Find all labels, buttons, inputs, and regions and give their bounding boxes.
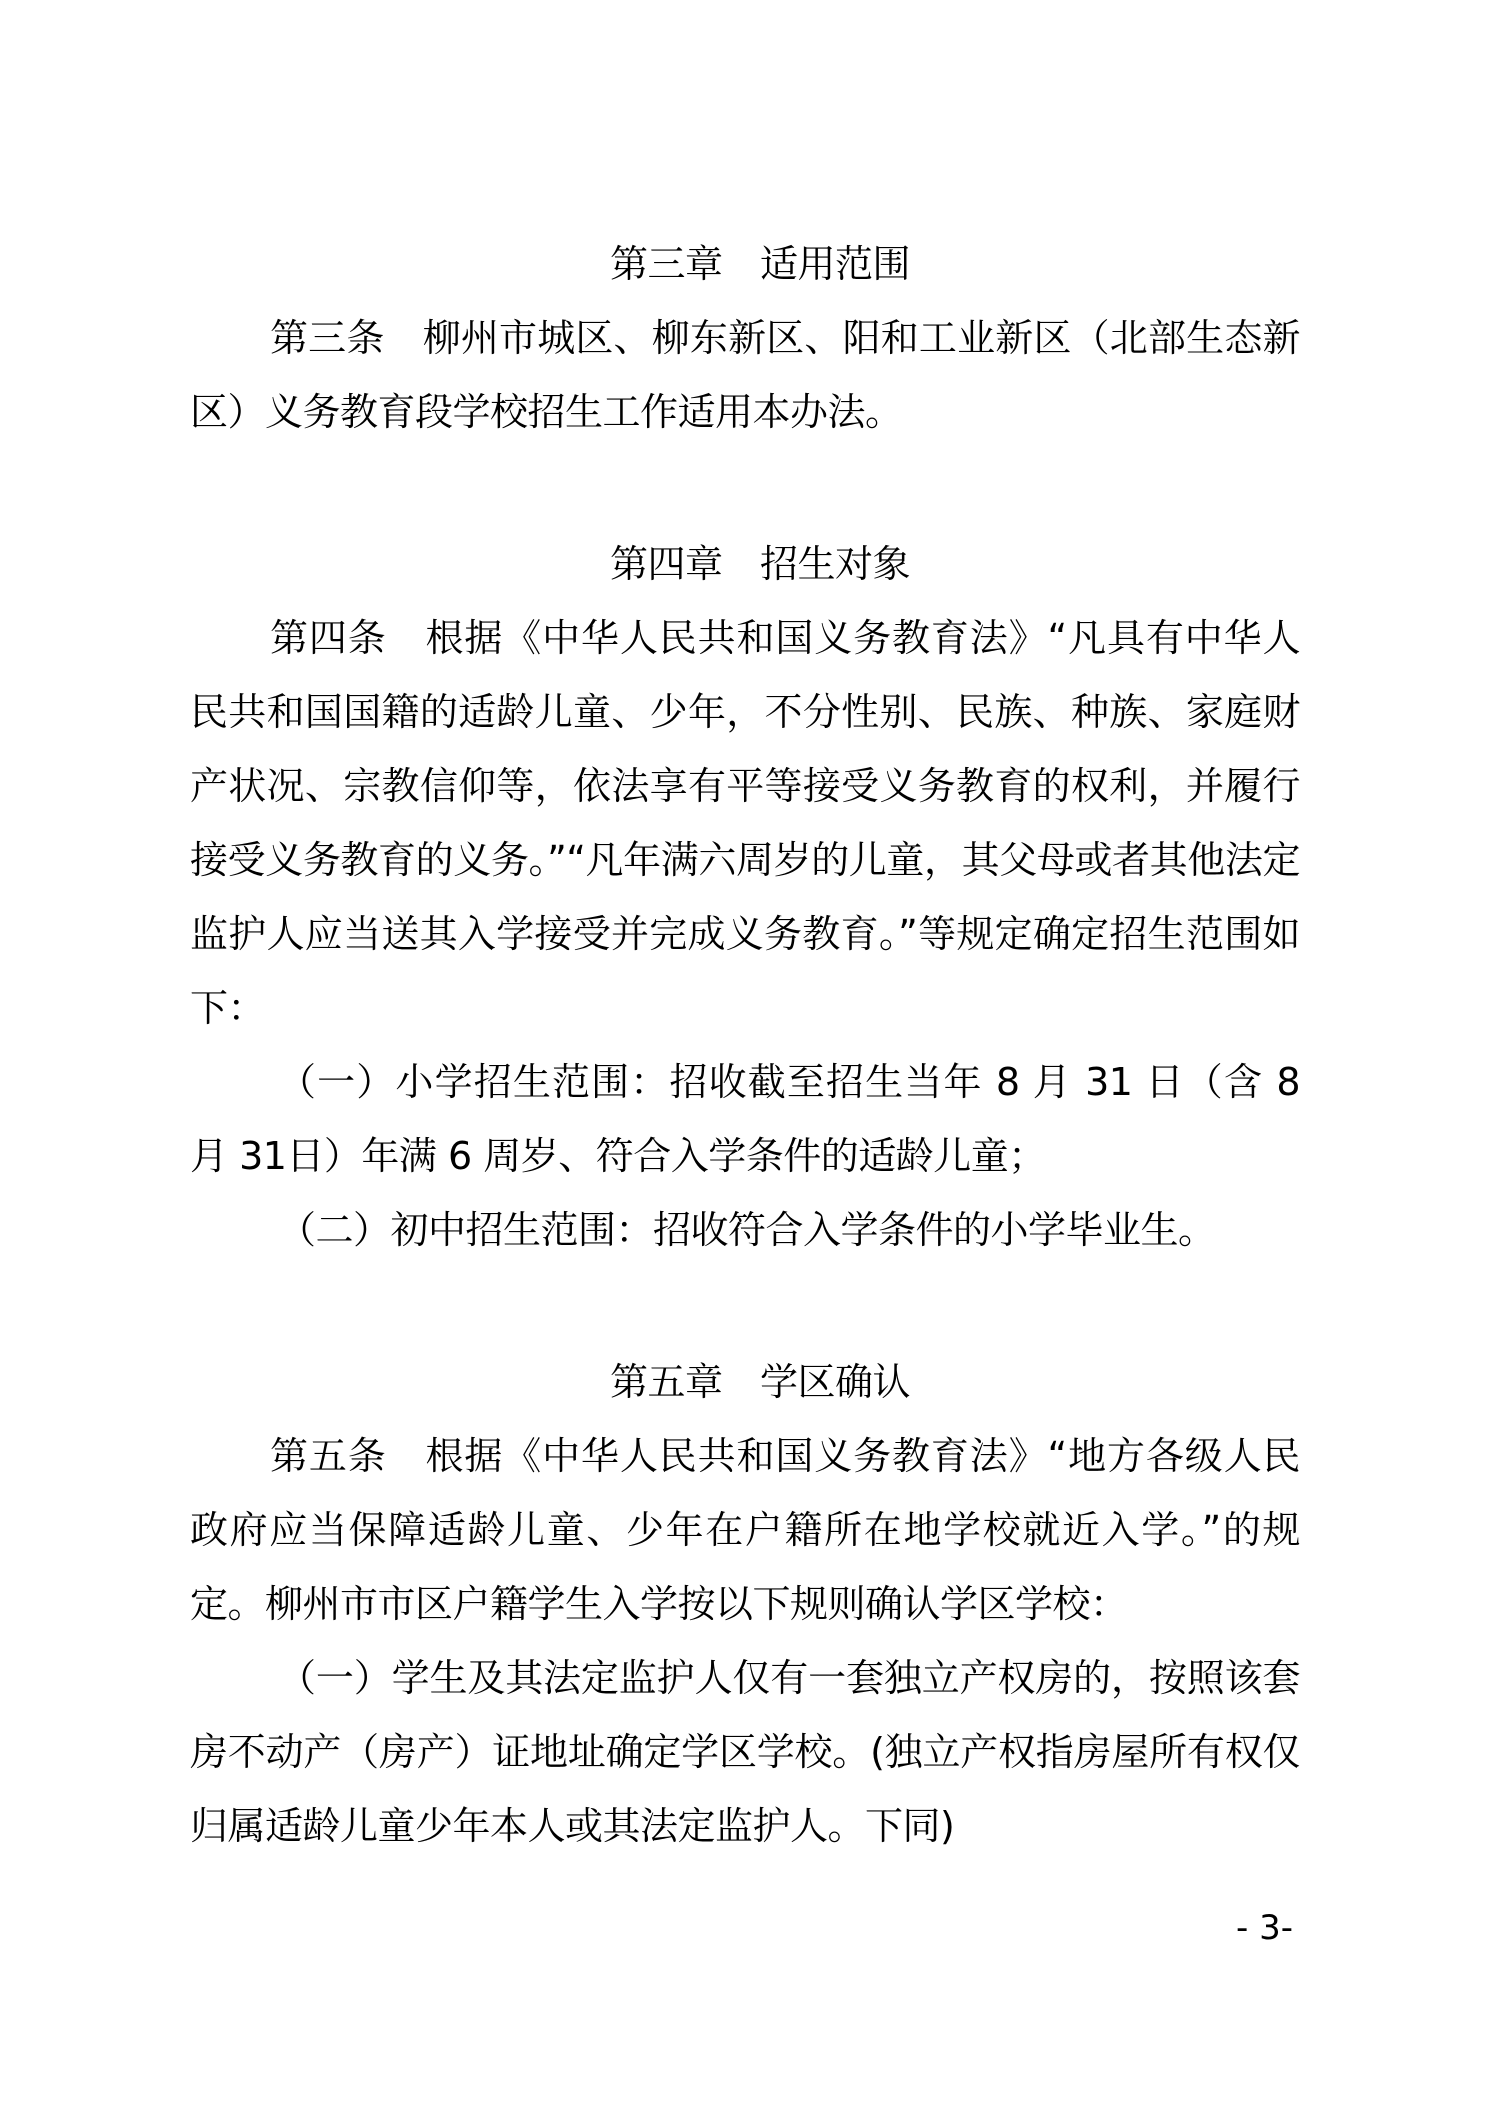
chapter-4-section: 第四章 招生对象 第四条 根据《中华人民共和国义务教育法》“凡具有中华人民共和国… — [190, 527, 1300, 1267]
chapter-3-section: 第三章 适用范围 第三条 柳州市城区、柳东新区、阳和工业新区（北部生态新区）义务… — [190, 227, 1300, 449]
list-item: （一）小学招生范围：招收截至招生当年 8 月 31 日（含 8 月 31日）年满… — [190, 1045, 1300, 1193]
page-number: - 3- — [1236, 1908, 1293, 1948]
article-5-paragraph: 第五条 根据《中华人民共和国义务教育法》“地方各级人民政府应当保障适龄儿童、少年… — [190, 1419, 1300, 1641]
article-3-paragraph: 第三条 柳州市城区、柳东新区、阳和工业新区（北部生态新区）义务教育段学校招生工作… — [190, 301, 1300, 449]
section-spacer — [190, 1267, 1300, 1345]
document-body: 第三章 适用范围 第三条 柳州市城区、柳东新区、阳和工业新区（北部生态新区）义务… — [190, 227, 1300, 1863]
article-4-paragraph: 第四条 根据《中华人民共和国义务教育法》“凡具有中华人民共和国国籍的适龄儿童、少… — [190, 601, 1300, 1045]
chapter-5-section: 第五章 学区确认 第五条 根据《中华人民共和国义务教育法》“地方各级人民政府应当… — [190, 1345, 1300, 1863]
list-item: （二）初中招生范围：招收符合入学条件的小学毕业生。 — [190, 1193, 1300, 1267]
chapter-title: 第三章 适用范围 — [190, 227, 1300, 301]
section-spacer — [190, 449, 1300, 527]
list-item: （一）学生及其法定监护人仅有一套独立产权房的，按照该套房不动产（房产）证地址确定… — [190, 1641, 1300, 1863]
chapter-title: 第四章 招生对象 — [190, 527, 1300, 601]
document-page: 第三章 适用范围 第三条 柳州市城区、柳东新区、阳和工业新区（北部生态新区）义务… — [0, 0, 1488, 2105]
chapter-title: 第五章 学区确认 — [190, 1345, 1300, 1419]
